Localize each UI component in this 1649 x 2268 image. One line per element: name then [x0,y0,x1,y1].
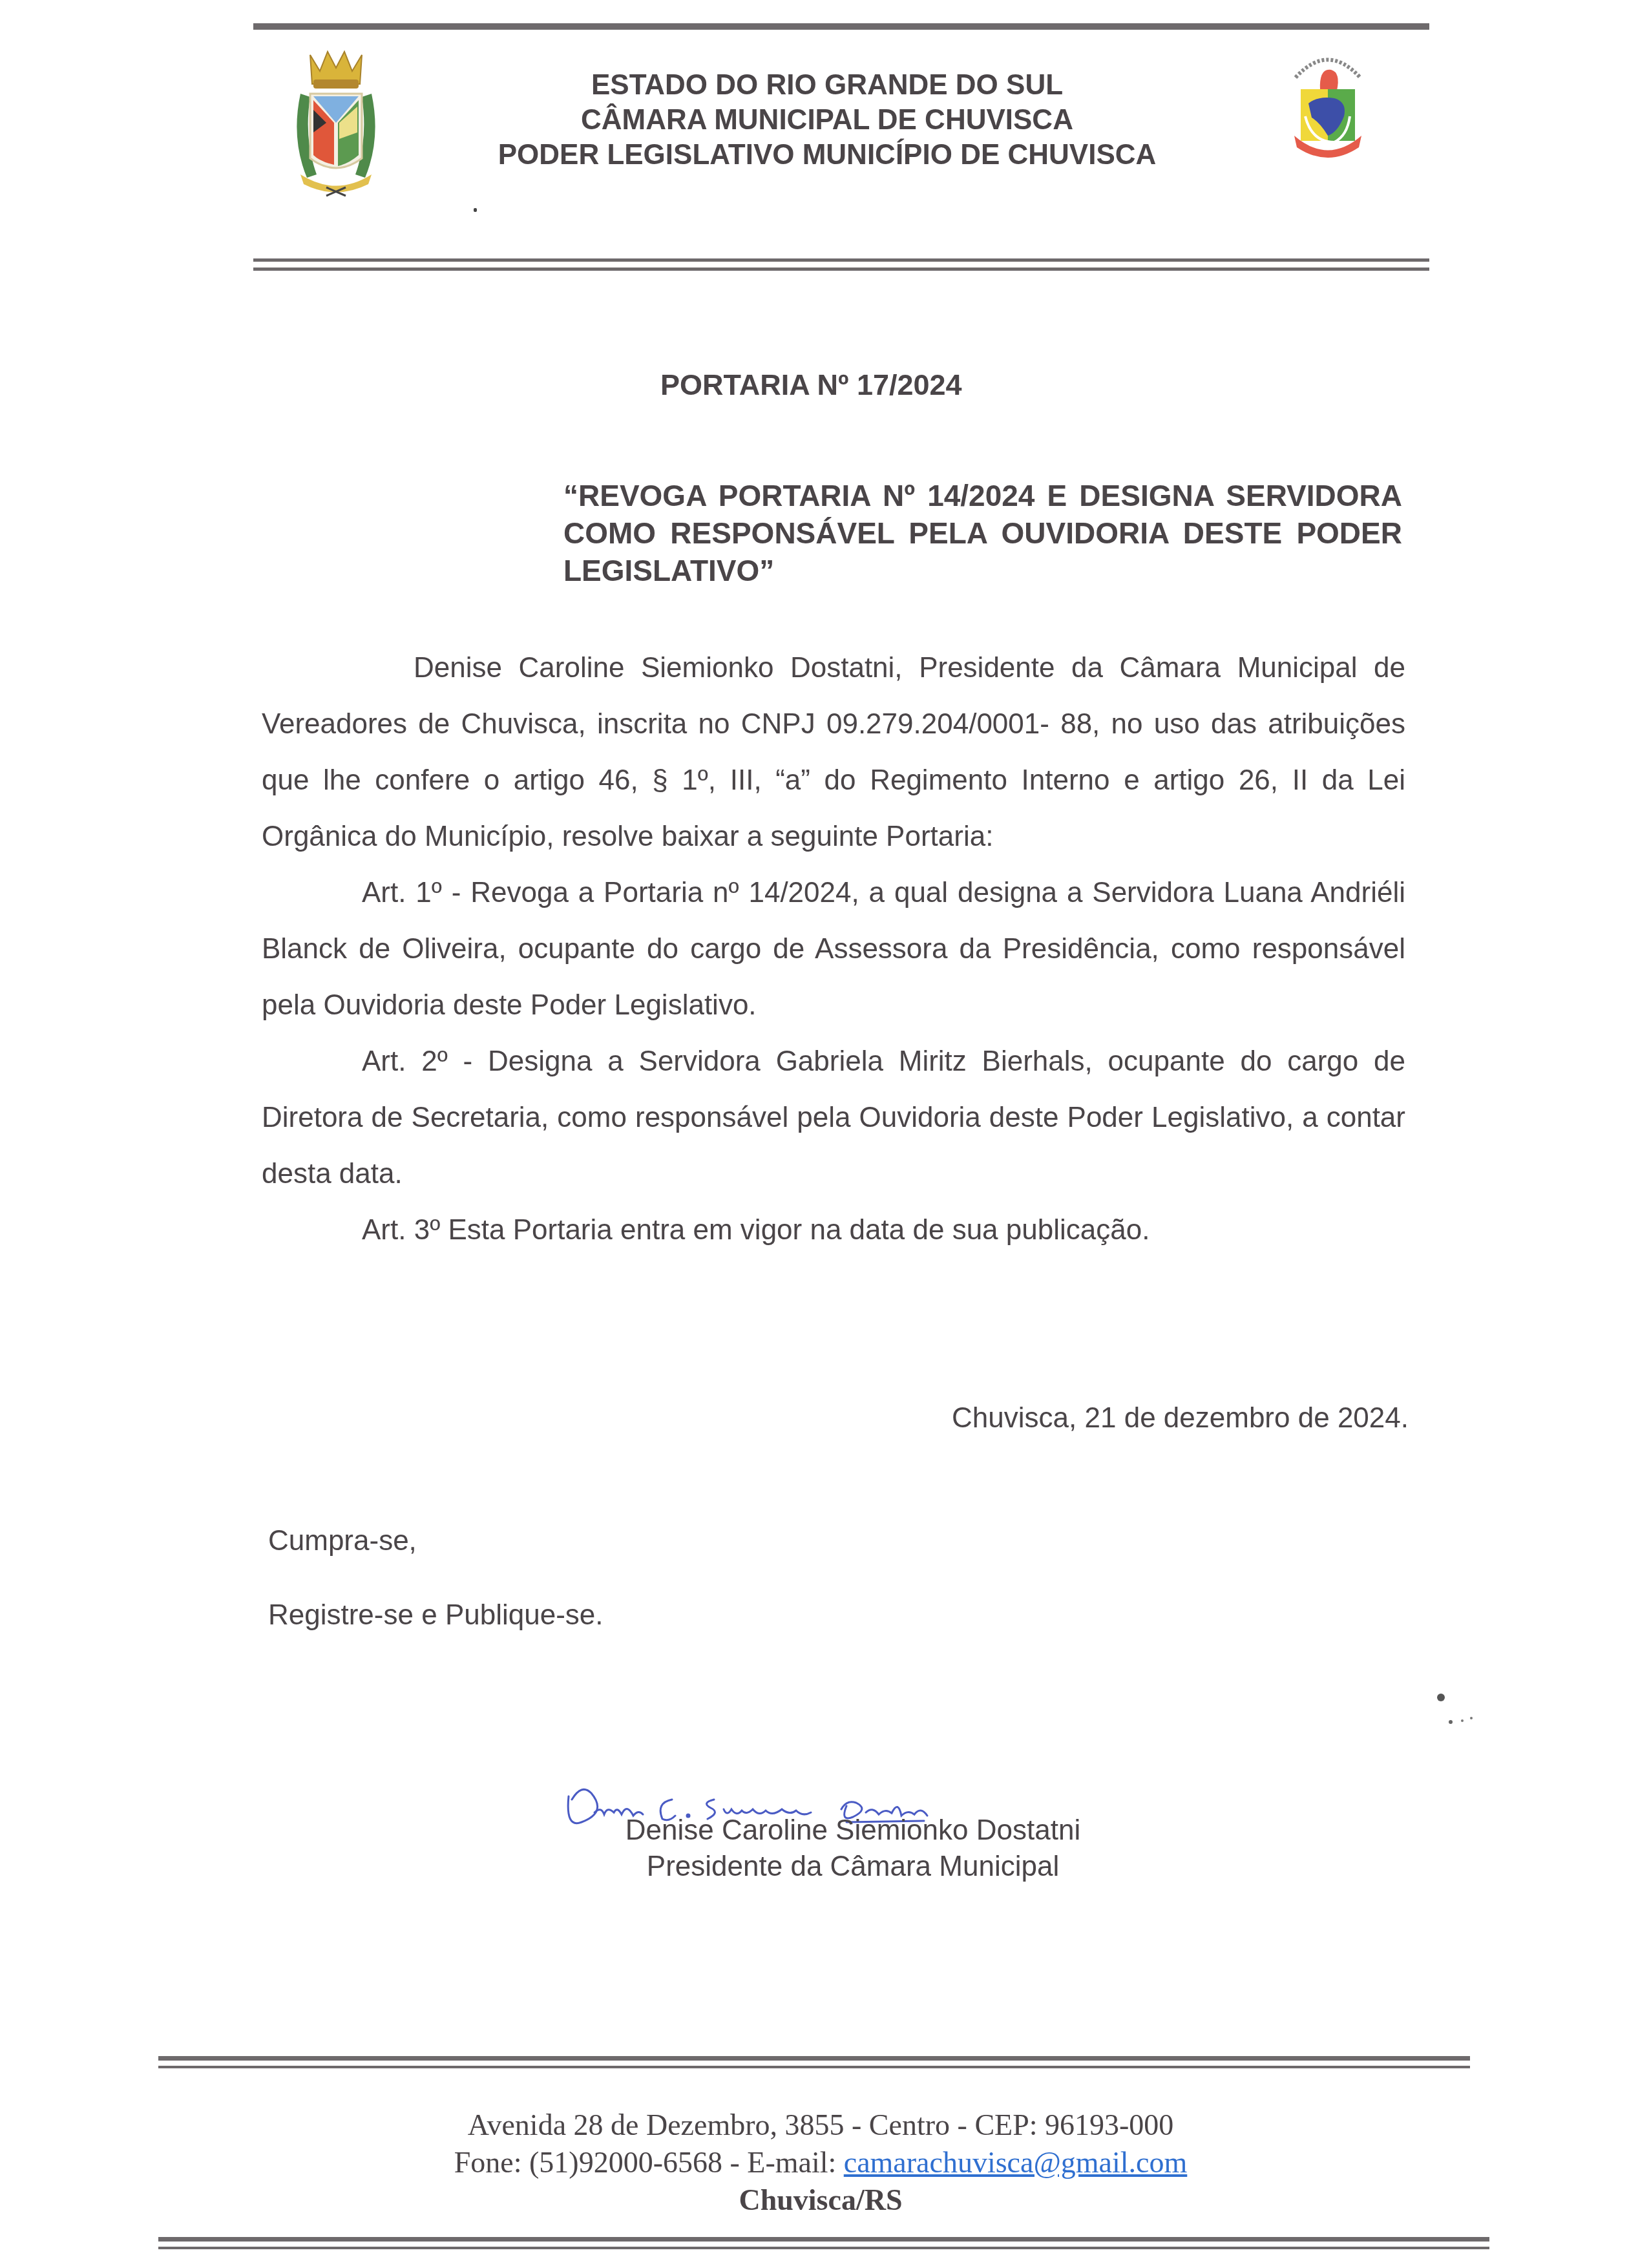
document-title: PORTARIA Nº 17/2024 [660,368,962,402]
footer-bottom-rule [158,2237,1489,2242]
footer-top-rule [158,2056,1470,2061]
header-line-chamber: CÂMARA MUNICIPAL DE CHUVISCA [414,103,1241,138]
footer-email-link[interactable]: camarachuvisca@gmail.com [844,2146,1188,2179]
signatory-role: Presidente da Câmara Municipal [569,1849,1137,1885]
place-date: Chuvisca, 21 de dezembro de 2024. [952,1402,1409,1434]
header-line-state: ESTADO DO RIO GRANDE DO SUL [414,68,1241,103]
footer-phone-email-line: Fone: (51)92000-6568 - E-mail: camarachu… [304,2144,1338,2181]
signatory-block: Denise Caroline Siemionko Dostatni Presi… [569,1812,1137,1885]
footer-phone: Fone: (51)92000-6568 - E-mail: [454,2146,844,2179]
footer-top-rule-thin [158,2066,1470,2068]
institution-header: ESTADO DO RIO GRANDE DO SUL CÂMARA MUNIC… [414,68,1241,173]
preamble-paragraph: Denise Caroline Siemionko Dostatni, Pres… [262,640,1405,865]
document-page: ESTADO DO RIO GRANDE DO SUL CÂMARA MUNIC… [0,0,1649,2268]
article-2: Art. 2º - Designa a Servidora Gabriela M… [262,1033,1405,1202]
footer-bottom-rule-thin [158,2247,1489,2249]
scan-speck [474,208,477,212]
footer-contact: Avenida 28 de Dezembro, 3855 - Centro - … [304,2106,1338,2219]
closing-line-2: Registre-se e Publique-se. [268,1599,603,1632]
article-3: Art. 3º Esta Portaria entra em vigor na … [262,1202,1405,1258]
article-1: Art. 1º - Revoga a Portaria nº 14/2024, … [262,865,1405,1033]
header-line-legislative: PODER LEGISLATIVO MUNICÍPIO DE CHUVISCA [414,138,1241,173]
closing-line-1: Cumpra-se, [268,1525,417,1557]
municipal-coat-of-arms-icon [288,48,384,197]
poder-legislativo-emblem-icon [1283,45,1373,162]
header-bottom-rule [253,258,1429,262]
scan-specks [1431,1690,1489,1735]
document-body: Denise Caroline Siemionko Dostatni, Pres… [262,640,1405,1258]
footer-address: Avenida 28 de Dezembro, 3855 - Centro - … [304,2106,1338,2144]
header-top-rule [253,23,1429,30]
header-bottom-rule-thin [253,268,1429,271]
document-ementa: “REVOGA PORTARIA Nº 14/2024 E DESIGNA SE… [563,477,1402,589]
signatory-name: Denise Caroline Siemionko Dostatni [569,1812,1137,1849]
footer-city: Chuvisca/RS [304,2181,1338,2219]
